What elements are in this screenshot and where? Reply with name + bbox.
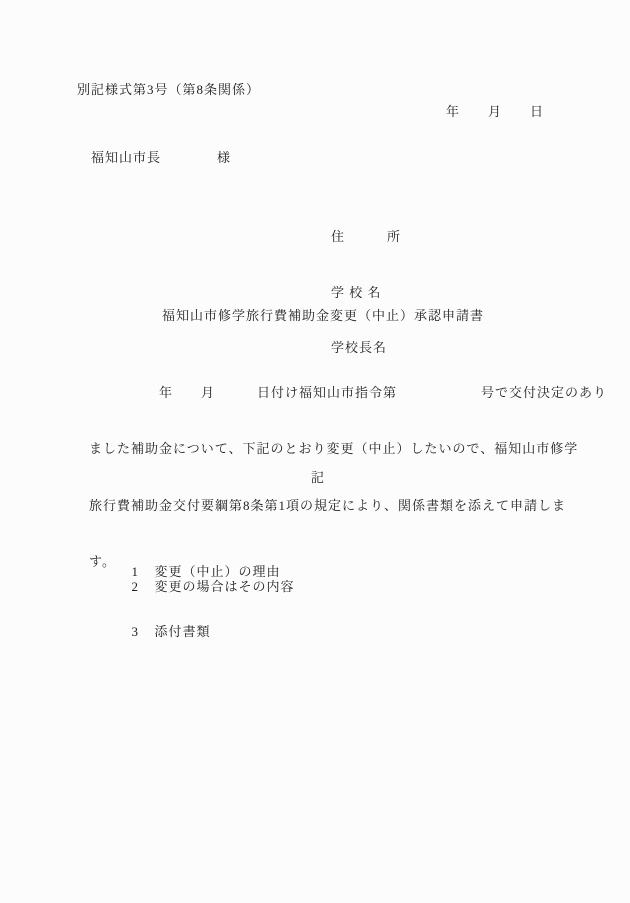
- list-item-number: 3: [132, 624, 155, 640]
- sender-school-name-label: 学 校 名: [331, 281, 401, 305]
- list-item-text: 添付書類: [155, 624, 211, 639]
- sender-address-label: 住 所: [331, 225, 401, 249]
- section-marker-ki: 記: [311, 467, 325, 486]
- list-item-number: 2: [132, 579, 155, 595]
- body-paragraph-line-2: ました補助金について、下記のとおり変更（中止）したいので、福知山市修学: [89, 437, 609, 461]
- date-line: 年 月 日: [446, 101, 544, 120]
- document-title: 福知山市修学旅行費補助金変更（中止）承認申請書: [162, 305, 484, 324]
- item-list: 1変更（中止）の理由 2変更の場合はその内容 3添付書類: [106, 513, 123, 593]
- document-page: 別記様式第3号（第8条関係） 年 月 日 福知山市長 様 住 所 学 校 名 学…: [0, 0, 630, 903]
- body-paragraph-line-3: 旅行費補助金交付要綱第8条第1項の規定により、関係書類を添えて申請しま: [89, 494, 609, 518]
- addressee: 福知山市長 様: [91, 147, 231, 166]
- form-number: 別記様式第3号（第8条関係）: [77, 79, 260, 98]
- list-item-text: 変更の場合はその内容: [155, 579, 295, 594]
- list-item: 2変更の場合はその内容: [106, 560, 295, 611]
- body-paragraph-line-1: 年 月 日付け福知山市指令第 号で交付決定のあり: [89, 381, 609, 405]
- list-item: 3添付書類: [106, 605, 211, 656]
